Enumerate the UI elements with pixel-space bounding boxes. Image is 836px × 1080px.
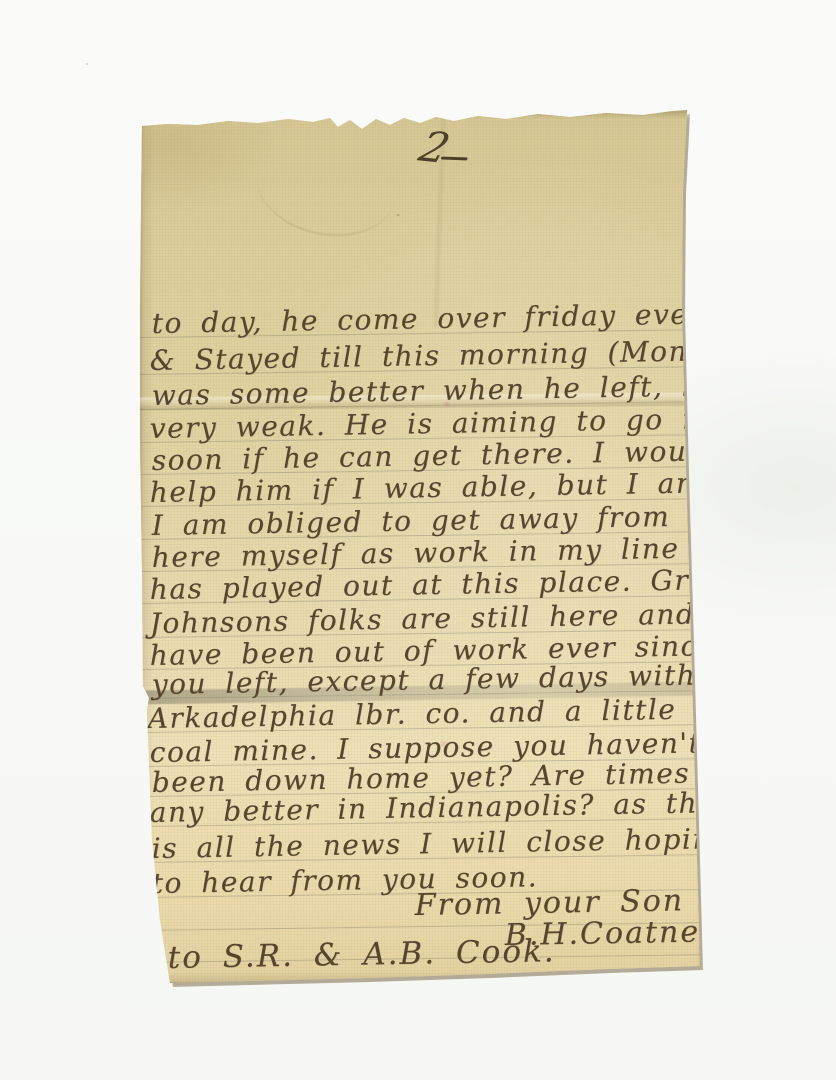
handwritten-line: & Stayed till this morning (Monday) He bbox=[150, 335, 818, 375]
scanned-letter-page: 2 to day, he come over friday evening& S… bbox=[0, 0, 836, 1080]
letter-paper: 2 to day, he come over friday evening& S… bbox=[138, 110, 704, 986]
letter-addressee: to S.R. & A.B. Cook. bbox=[168, 937, 556, 972]
handwritten-line: Arkadelphia lbr. co. and a little at the bbox=[148, 694, 795, 733]
